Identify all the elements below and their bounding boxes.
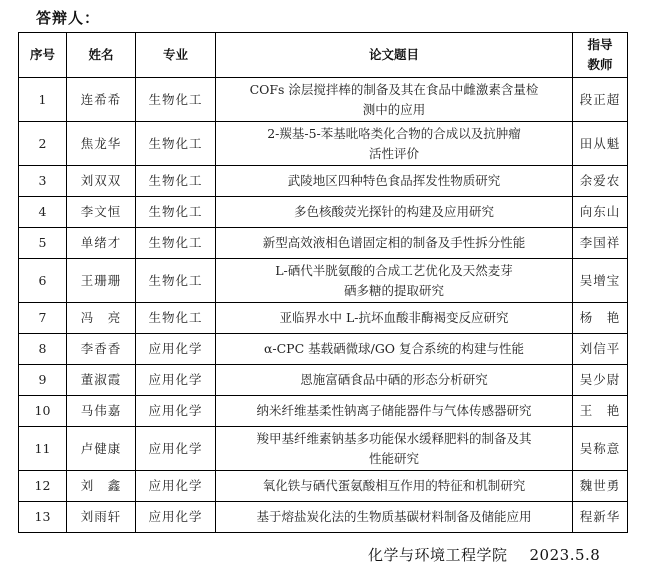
row-title: α-CPC 基载硒微球/GO 复合系统的构建与性能 [216,334,573,365]
header-advisor-line2: 教师 [577,55,623,75]
row-major: 应用化学 [136,365,216,396]
row-name: 冯 亮 [67,303,136,334]
row-title: 2-羰基-5-苯基吡咯类化合物的合成以及抗肿瘤活性评价 [216,122,573,166]
row-name: 刘雨轩 [67,502,136,533]
row-title-line1: 武陵地区四种特色食品挥发性物质研究 [220,171,568,191]
row-name: 王珊珊 [67,259,136,303]
row-num: 11 [19,427,67,471]
row-title: 氧化铁与硒代蛋氨酸相互作用的特征和机制研究 [216,471,573,502]
table-row: 2焦龙华生物化工2-羰基-5-苯基吡咯类化合物的合成以及抗肿瘤活性评价田从魁 [19,122,628,166]
row-title-line1: 恩施富硒食品中硒的形态分析研究 [220,370,568,390]
row-num: 3 [19,166,67,197]
row-title: 新型高效液相色谱固定相的制备及手性拆分性能 [216,228,573,259]
row-title: 纳米纤维基柔性钠离子储能器件与气体传感器研究 [216,396,573,427]
row-title: 羧甲基纤维素钠基多功能保水缓释肥料的制备及其性能研究 [216,427,573,471]
header-advisor: 指导 教师 [573,33,628,78]
header-name: 姓名 [67,33,136,78]
row-num: 5 [19,228,67,259]
table-row: 7冯 亮生物化工亚临界水中 L-抗坏血酸非酶褐变反应研究杨 艳 [19,303,628,334]
footer: 化学与环境工程学院2023.5.8 [368,544,600,565]
row-major: 生物化工 [136,166,216,197]
row-title-line2: 性能研究 [220,449,568,469]
table-header-row: 序号 姓名 专业 论文题目 指导 教师 [19,33,628,78]
row-num: 4 [19,197,67,228]
row-title-line1: 新型高效液相色谱固定相的制备及手性拆分性能 [220,233,568,253]
row-advisor: 田从魁 [573,122,628,166]
row-major: 生物化工 [136,228,216,259]
table-row: 1连希希生物化工COFs 涂层搅拌棒的制备及其在食品中雌激素含量检测中的应用段正… [19,78,628,122]
row-title: 亚临界水中 L-抗坏血酸非酶褐变反应研究 [216,303,573,334]
row-title: 武陵地区四种特色食品挥发性物质研究 [216,166,573,197]
row-name: 卢健康 [67,427,136,471]
row-title-line1: α-CPC 基载硒微球/GO 复合系统的构建与性能 [220,339,568,359]
row-title-line1: 亚临界水中 L-抗坏血酸非酶褐变反应研究 [220,308,568,328]
defense-roster-table: 序号 姓名 专业 论文题目 指导 教师 1连希希生物化工COFs 涂层搅拌棒的制… [18,32,628,533]
row-num: 8 [19,334,67,365]
row-title-line1: 羧甲基纤维素钠基多功能保水缓释肥料的制备及其 [220,429,568,449]
row-advisor: 刘信平 [573,334,628,365]
row-advisor: 段正超 [573,78,628,122]
row-title-line1: 基于熔盐炭化法的生物质基碳材料制备及储能应用 [220,507,568,527]
table-row: 8李香香应用化学α-CPC 基载硒微球/GO 复合系统的构建与性能刘信平 [19,334,628,365]
table-row: 3刘双双生物化工武陵地区四种特色食品挥发性物质研究余爱农 [19,166,628,197]
row-advisor: 吴增宝 [573,259,628,303]
row-num: 12 [19,471,67,502]
row-advisor: 杨 艳 [573,303,628,334]
header-title: 论文题目 [216,33,573,78]
row-title: 多色核酸荧光探针的构建及应用研究 [216,197,573,228]
row-name: 单绪才 [67,228,136,259]
defendants-heading: 答辩人： [36,7,100,28]
row-major: 应用化学 [136,334,216,365]
footer-institution: 化学与环境工程学院 [368,546,508,564]
table-row: 12刘 鑫应用化学氧化铁与硒代蛋氨酸相互作用的特征和机制研究魏世勇 [19,471,628,502]
row-title-line1: 纳米纤维基柔性钠离子储能器件与气体传感器研究 [220,401,568,421]
row-title-line1: L-硒代半胱氨酸的合成工艺优化及天然麦芽 [220,261,568,281]
row-advisor: 李国祥 [573,228,628,259]
row-title-line1: 多色核酸荧光探针的构建及应用研究 [220,202,568,222]
row-title: 基于熔盐炭化法的生物质基碳材料制备及储能应用 [216,502,573,533]
row-title-line1: COFs 涂层搅拌棒的制备及其在食品中雌激素含量检 [220,80,568,100]
row-title-line2: 活性评价 [220,144,568,164]
row-major: 应用化学 [136,396,216,427]
row-name: 焦龙华 [67,122,136,166]
table-row: 4李文恒生物化工多色核酸荧光探针的构建及应用研究向东山 [19,197,628,228]
row-num: 13 [19,502,67,533]
row-name: 李香香 [67,334,136,365]
row-name: 李文恒 [67,197,136,228]
row-num: 7 [19,303,67,334]
row-name: 董淑霞 [67,365,136,396]
footer-date: 2023.5.8 [530,546,601,564]
row-title-line2: 硒多糖的提取研究 [220,281,568,301]
row-title-line2: 测中的应用 [220,100,568,120]
row-num: 1 [19,78,67,122]
row-advisor: 余爱农 [573,166,628,197]
row-name: 刘双双 [67,166,136,197]
row-name: 刘 鑫 [67,471,136,502]
row-major: 应用化学 [136,502,216,533]
row-advisor: 吴少尉 [573,365,628,396]
row-advisor: 王 艳 [573,396,628,427]
table-row: 6王珊珊生物化工L-硒代半胱氨酸的合成工艺优化及天然麦芽硒多糖的提取研究吴增宝 [19,259,628,303]
table-row: 11卢健康应用化学羧甲基纤维素钠基多功能保水缓释肥料的制备及其性能研究吴称意 [19,427,628,471]
header-advisor-line1: 指导 [577,35,623,55]
table-row: 9董淑霞应用化学恩施富硒食品中硒的形态分析研究吴少尉 [19,365,628,396]
row-title: 恩施富硒食品中硒的形态分析研究 [216,365,573,396]
row-title: COFs 涂层搅拌棒的制备及其在食品中雌激素含量检测中的应用 [216,78,573,122]
row-major: 生物化工 [136,303,216,334]
row-major: 生物化工 [136,259,216,303]
row-advisor: 吴称意 [573,427,628,471]
row-num: 9 [19,365,67,396]
row-major: 生物化工 [136,78,216,122]
table-row: 13刘雨轩应用化学基于熔盐炭化法的生物质基碳材料制备及储能应用程新华 [19,502,628,533]
row-advisor: 向东山 [573,197,628,228]
row-name: 连希希 [67,78,136,122]
row-major: 生物化工 [136,122,216,166]
row-name: 马伟嘉 [67,396,136,427]
row-advisor: 魏世勇 [573,471,628,502]
table-row: 5单绪才生物化工新型高效液相色谱固定相的制备及手性拆分性能李国祥 [19,228,628,259]
header-num: 序号 [19,33,67,78]
table-row: 10马伟嘉应用化学纳米纤维基柔性钠离子储能器件与气体传感器研究王 艳 [19,396,628,427]
row-num: 2 [19,122,67,166]
row-major: 应用化学 [136,471,216,502]
row-title-line1: 氧化铁与硒代蛋氨酸相互作用的特征和机制研究 [220,476,568,496]
row-num: 10 [19,396,67,427]
row-title: L-硒代半胱氨酸的合成工艺优化及天然麦芽硒多糖的提取研究 [216,259,573,303]
row-advisor: 程新华 [573,502,628,533]
row-title-line1: 2-羰基-5-苯基吡咯类化合物的合成以及抗肿瘤 [220,124,568,144]
header-major: 专业 [136,33,216,78]
row-major: 应用化学 [136,427,216,471]
row-major: 生物化工 [136,197,216,228]
row-num: 6 [19,259,67,303]
